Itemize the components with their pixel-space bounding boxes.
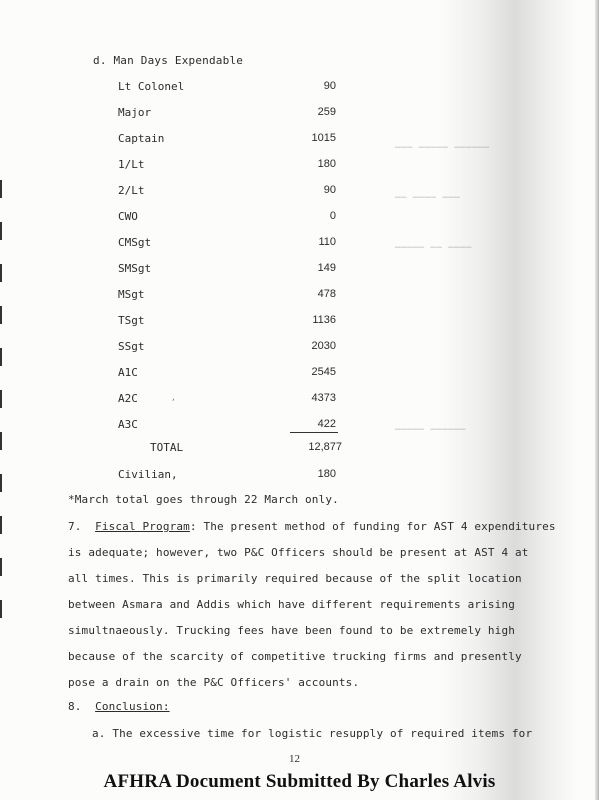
row-label: 2/Lt <box>118 184 145 197</box>
page-number: 12 <box>289 753 300 765</box>
row-value: 90 <box>324 184 336 196</box>
row-value: 422 <box>318 418 336 430</box>
row-label: CMSgt <box>118 236 151 249</box>
section-7-first-line: 7. Fiscal Program: The present method of… <box>68 520 556 533</box>
total-value: 12,877 <box>308 441 342 453</box>
section-8-number: 8. <box>68 700 82 713</box>
section-7-line: pose a drain on the P&C Officers' accoun… <box>68 676 359 689</box>
section-8-item-a: a. The excessive time for logistic resup… <box>92 727 532 740</box>
section-7-line: is adequate; however, two P&C Officers s… <box>68 546 529 559</box>
row-label: 1/Lt <box>118 158 145 171</box>
row-value: 180 <box>318 158 336 170</box>
section-8-title: Conclusion: <box>95 700 170 713</box>
document-page: ▔▔▔ ▔▔▔▔▔ ▔▔▔▔▔▔ ▔▔ ▔▔▔▔ ▔▔▔ ▔▔▔▔▔ ▔▔ ▔▔… <box>0 0 599 800</box>
row-label: SSgt <box>118 340 145 353</box>
credit-footer: AFHRA Document Submitted By Charles Alvi… <box>0 771 599 793</box>
row-label: A2C <box>118 392 138 405</box>
total-label: TOTAL <box>150 441 183 454</box>
row-value: 149 <box>318 262 336 274</box>
row-value: 2545 <box>312 366 336 378</box>
row-value: 259 <box>318 106 336 118</box>
row-label: A3C <box>118 418 138 431</box>
row-value: 90 <box>324 80 336 92</box>
row-label: Captain <box>118 132 164 145</box>
row-value: 478 <box>318 288 336 300</box>
section-7-number: 7. <box>68 520 82 533</box>
section-7-line: because of the scarcity of competitive t… <box>68 650 522 663</box>
row-label: MSgt <box>118 288 145 301</box>
row-value: 1015 <box>312 132 336 144</box>
row-label: CWO <box>118 210 138 223</box>
stray-mark: , <box>171 393 176 402</box>
bleed-through: ▔▔ ▔▔▔▔ ▔▔▔ <box>395 198 460 208</box>
bleed-through: ▔▔▔▔▔ ▔▔▔▔▔▔ <box>395 430 466 440</box>
row-value: 4373 <box>312 392 336 404</box>
bleed-through: ▔▔▔ ▔▔▔▔▔ ▔▔▔▔▔▔ <box>395 148 490 158</box>
section-7-line: simultnaeously. Trucking fees have been … <box>68 624 515 637</box>
row-label: A1C <box>118 366 138 379</box>
section-7-line: between Asmara and Addis which have diff… <box>68 598 515 611</box>
row-label: SMSgt <box>118 262 151 275</box>
binder-hole-marks <box>0 180 3 660</box>
section-8-heading: 8. Conclusion: <box>68 700 170 713</box>
section-7-line-0: : The present method of funding for AST … <box>190 520 556 533</box>
row-value: 1136 <box>312 314 336 326</box>
row-label: Major <box>118 106 151 119</box>
civilian-label: Civilian, <box>118 468 178 481</box>
row-label: Lt Colonel <box>118 80 184 93</box>
sum-underline <box>290 432 338 433</box>
page-edge-shadow <box>595 0 599 800</box>
section-7-line: all times. This is primarily required be… <box>68 572 522 585</box>
row-value: 2030 <box>312 340 336 352</box>
row-label: TSgt <box>118 314 145 327</box>
row-value: 0 <box>330 210 336 222</box>
section-7-title: Fiscal Program <box>95 520 190 533</box>
civilian-value: 180 <box>318 468 336 480</box>
bleed-through: ▔▔▔▔▔ ▔▔ ▔▔▔▔ <box>395 248 472 258</box>
footnote: *March total goes through 22 March only. <box>68 493 339 506</box>
row-value: 110 <box>318 236 336 248</box>
section-d-heading: d. Man Days Expendable <box>93 54 243 67</box>
